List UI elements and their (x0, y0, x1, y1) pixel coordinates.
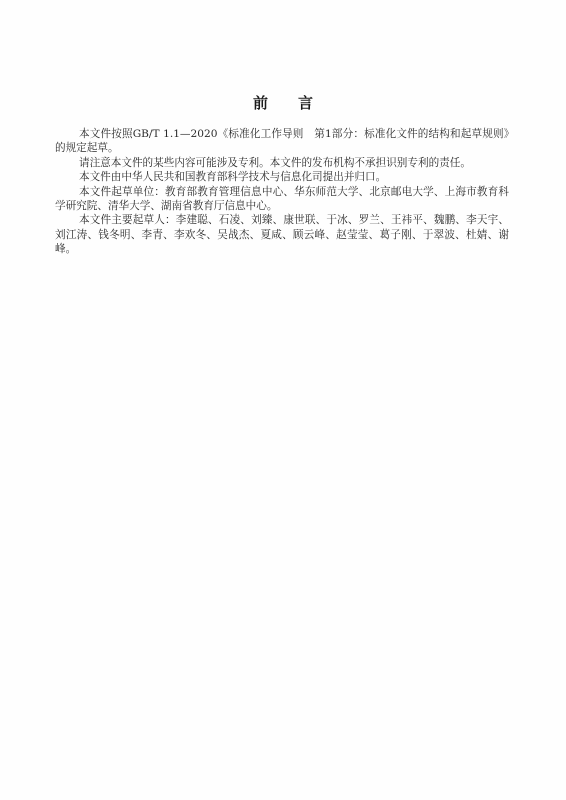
paragraph-drafters: 本文件主要起草人：李建聪、石凌、刘臻、康世联、于冰、罗兰、王祎平、魏鹏、李天宇、… (55, 213, 509, 256)
document-page: 前言 本文件按照GB/T 1.1—2020《标准化工作导则 第1部分：标准化文件… (0, 0, 566, 800)
paragraph-proposer: 本文件由中华人民共和国教育部科学技术与信息化司提出并归口。 (55, 170, 509, 184)
paragraph-standard-reference: 本文件按照GB/T 1.1—2020《标准化工作导则 第1部分：标准化文件的结构… (55, 127, 509, 156)
paragraph-drafting-units: 本文件起草单位：教育部教育管理信息中心、华东师范大学、北京邮电大学、上海市教育科… (55, 185, 509, 214)
paragraph-patent-notice: 请注意本文件的某些内容可能涉及专利。本文件的发布机构不承担识别专利的责任。 (55, 156, 509, 170)
page-title: 前言 (0, 92, 566, 113)
foreword-body: 本文件按照GB/T 1.1—2020《标准化工作导则 第1部分：标准化文件的结构… (55, 127, 509, 257)
title-char-1: 前 (253, 92, 268, 113)
title-char-2: 言 (298, 92, 313, 113)
